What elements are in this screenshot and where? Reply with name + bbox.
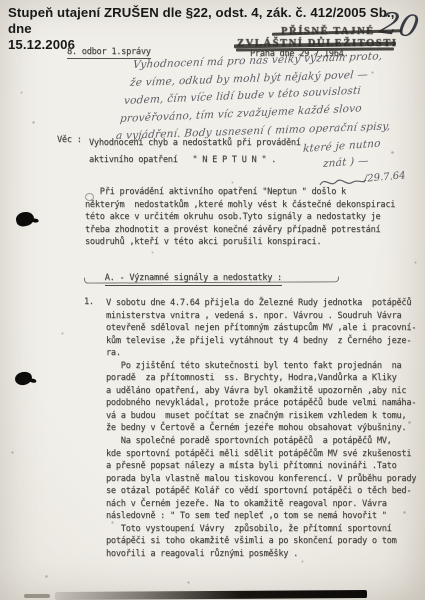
typed-line: že bedny v Čertově a Černém jezeře mohou… xyxy=(106,422,416,435)
typed-line: nách v Černém jezeře. Na to okamžitě rea… xyxy=(106,498,416,511)
hand-drawn-bracket xyxy=(84,276,339,283)
item1-paragraphs: V sobotu dne 4.7.64 přijela do Železné R… xyxy=(106,297,416,560)
scanned-document-page: Stupeň utajení ZRUŠEN dle §22, odst. 4, … xyxy=(0,0,425,600)
scan-speckles xyxy=(0,0,1,1)
typed-line: soudruhů ,kteří v této akci porušili kon… xyxy=(85,236,395,249)
typed-line: V sobotu dne 4.7.64 přijela do Železné R… xyxy=(106,297,416,310)
handwritten-note-line: které je nutno xyxy=(303,138,381,156)
typed-line: kde sportovní potápěči měli sdělit potáp… xyxy=(106,448,416,461)
ink-blob xyxy=(14,371,33,386)
handwritten-note-line: prověřováno, tím víc zvažujeme každé slo… xyxy=(120,102,363,125)
typed-line: poradě za přítomnosti ss. Brychty, Hodra… xyxy=(106,372,416,385)
typed-line: kům televise ,že přijeli vytáhnout ty 4 … xyxy=(106,335,416,348)
typed-line: ministerstva vnitra , vedená s. npor. Vá… xyxy=(106,310,416,323)
typed-line: Po zjištění této skutečnosti byl tento f… xyxy=(106,360,416,373)
typed-line: třeba zhodnotit a provést konečné závěry… xyxy=(85,224,395,237)
subject-line: Vyhodnocení chyb a nedostatků při provád… xyxy=(89,135,301,152)
typed-line: porada byla vlastně malou tiskovou konfe… xyxy=(106,473,416,486)
typed-line: se otázal potápěč Kolář co vědí sportovn… xyxy=(106,485,416,498)
typed-line: potápěči si toho okamžitě všimli a po sk… xyxy=(106,535,416,548)
typed-line: Při provádění aktivního opatření "Neptun… xyxy=(85,186,395,199)
scan-edge-strip xyxy=(24,594,50,598)
typed-line: některým nedostatkům ,které mohly vést k… xyxy=(85,199,395,212)
typed-line: hovořili a reagovali různými posměšky . xyxy=(106,548,416,561)
typed-line: ra. xyxy=(106,347,416,360)
typed-line: Na společné poradě sportovních potápěčů … xyxy=(106,435,416,448)
typed-line: podobného nevykládal, protože práce potá… xyxy=(106,397,416,410)
typed-line: Toto vystoupení Vávry způsobilo, že přít… xyxy=(106,523,416,536)
intro-paragraph: Při provádění aktivního opatření "Neptun… xyxy=(85,186,395,249)
typed-line: otevřeně sděloval nejen přítomným zástup… xyxy=(106,322,416,335)
subject-line: aktivního opatření " N E P T U N " . xyxy=(89,152,301,169)
item-number: 1. xyxy=(84,297,94,307)
typed-line: a uděláno opatření, aby Vávra byl okamži… xyxy=(106,385,416,398)
typed-line: následovně : " To sem teď nepleť ,o tom … xyxy=(106,510,416,523)
typed-line: a přesně popsat nálezy a místa byli přít… xyxy=(106,460,416,473)
subject-label: Věc : xyxy=(57,135,82,145)
handwritten-note-line: znát ) — xyxy=(323,155,369,170)
typed-line: vá a budou muset počítat se značným risi… xyxy=(106,410,416,423)
subject-lines: Vyhodnocení chyb a nedostatků při provád… xyxy=(89,135,301,169)
signature-date: /29.7.64 xyxy=(364,170,406,185)
typed-line: této akce v určitém okruhu osob.Tyto sig… xyxy=(85,211,395,224)
department-line: 8. odbor 1.správy xyxy=(67,47,151,59)
ink-blob xyxy=(15,210,36,228)
scan-edge-strip xyxy=(55,590,367,600)
